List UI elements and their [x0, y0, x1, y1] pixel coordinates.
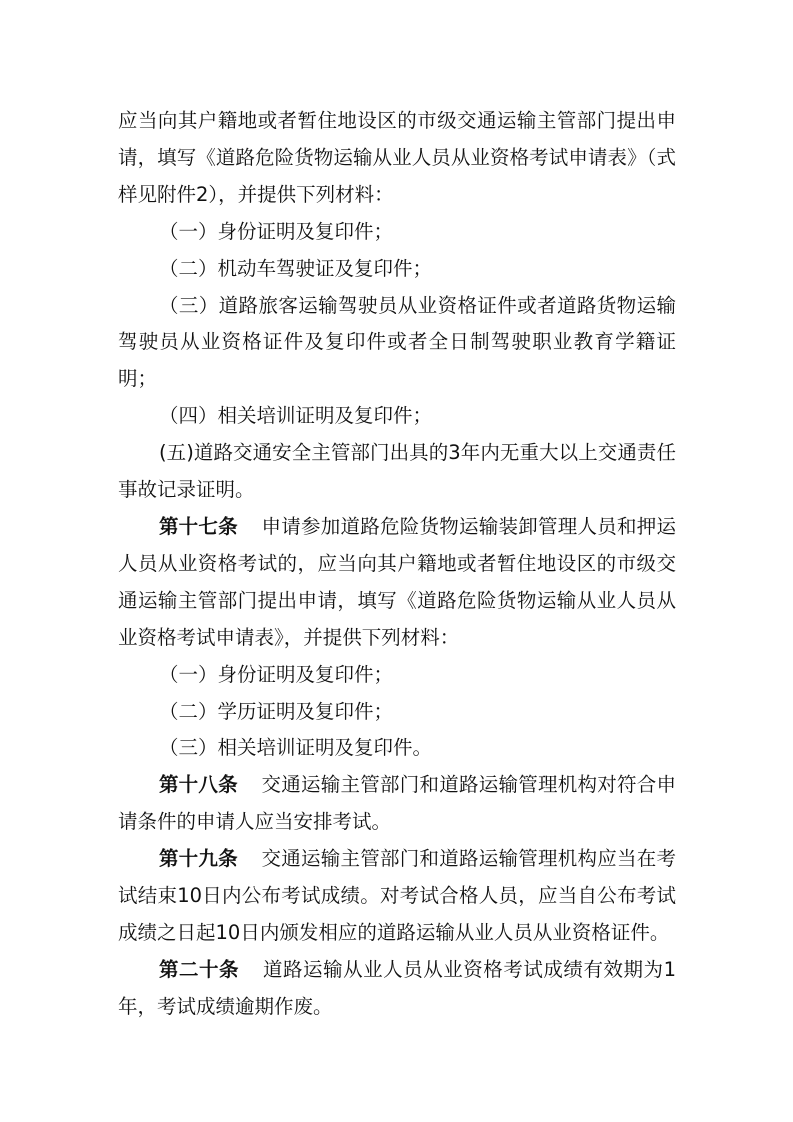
paragraph-continuation: 应当向其户籍地或者暂住地设区的市级交通运输主管部门提出申请，填写《道路危险货物运… [118, 103, 676, 214]
document-page: 应当向其户籍地或者暂住地设区的市级交通运输主管部门提出申请，填写《道路危险货物运… [118, 103, 676, 1026]
list-item: （二）机动车驾驶证及复印件； [118, 251, 676, 288]
list-item: （三）道路旅客运输驾驶员从业资格证件或者道路货物运输驾驶员从业资格证件及复印件或… [118, 288, 676, 399]
list-item: （一）身份证明及复印件； [118, 657, 676, 694]
article-heading: 第十八条 [159, 773, 238, 796]
list-item: （二）学历证明及复印件； [118, 694, 676, 731]
list-item: （一）身份证明及复印件； [118, 214, 676, 251]
list-item: (五)道路交通安全主管部门出具的3年内无重大以上交通责任事故记录证明。 [118, 435, 676, 509]
list-item: （四）相关培训证明及复印件； [118, 398, 676, 435]
article-17: 第十七条申请参加道路危险货物运输装卸管理人员和押运人员从业资格考试的，应当向其户… [118, 509, 676, 657]
article-18: 第十八条交通运输主管部门和道路运输管理机构对符合申请条件的申请人应当安排考试。 [118, 767, 676, 841]
article-heading: 第二十条 [159, 958, 239, 981]
article-heading: 第十九条 [159, 847, 238, 870]
list-item: （三）相关培训证明及复印件。 [118, 730, 676, 767]
article-20: 第二十条道路运输从业人员从业资格考试成绩有效期为1年，考试成绩逾期作废。 [118, 952, 676, 1026]
article-heading: 第十七条 [159, 515, 238, 538]
article-19: 第十九条交通运输主管部门和道路运输管理机构应当在考试结束10日内公布考试成绩。对… [118, 841, 676, 952]
